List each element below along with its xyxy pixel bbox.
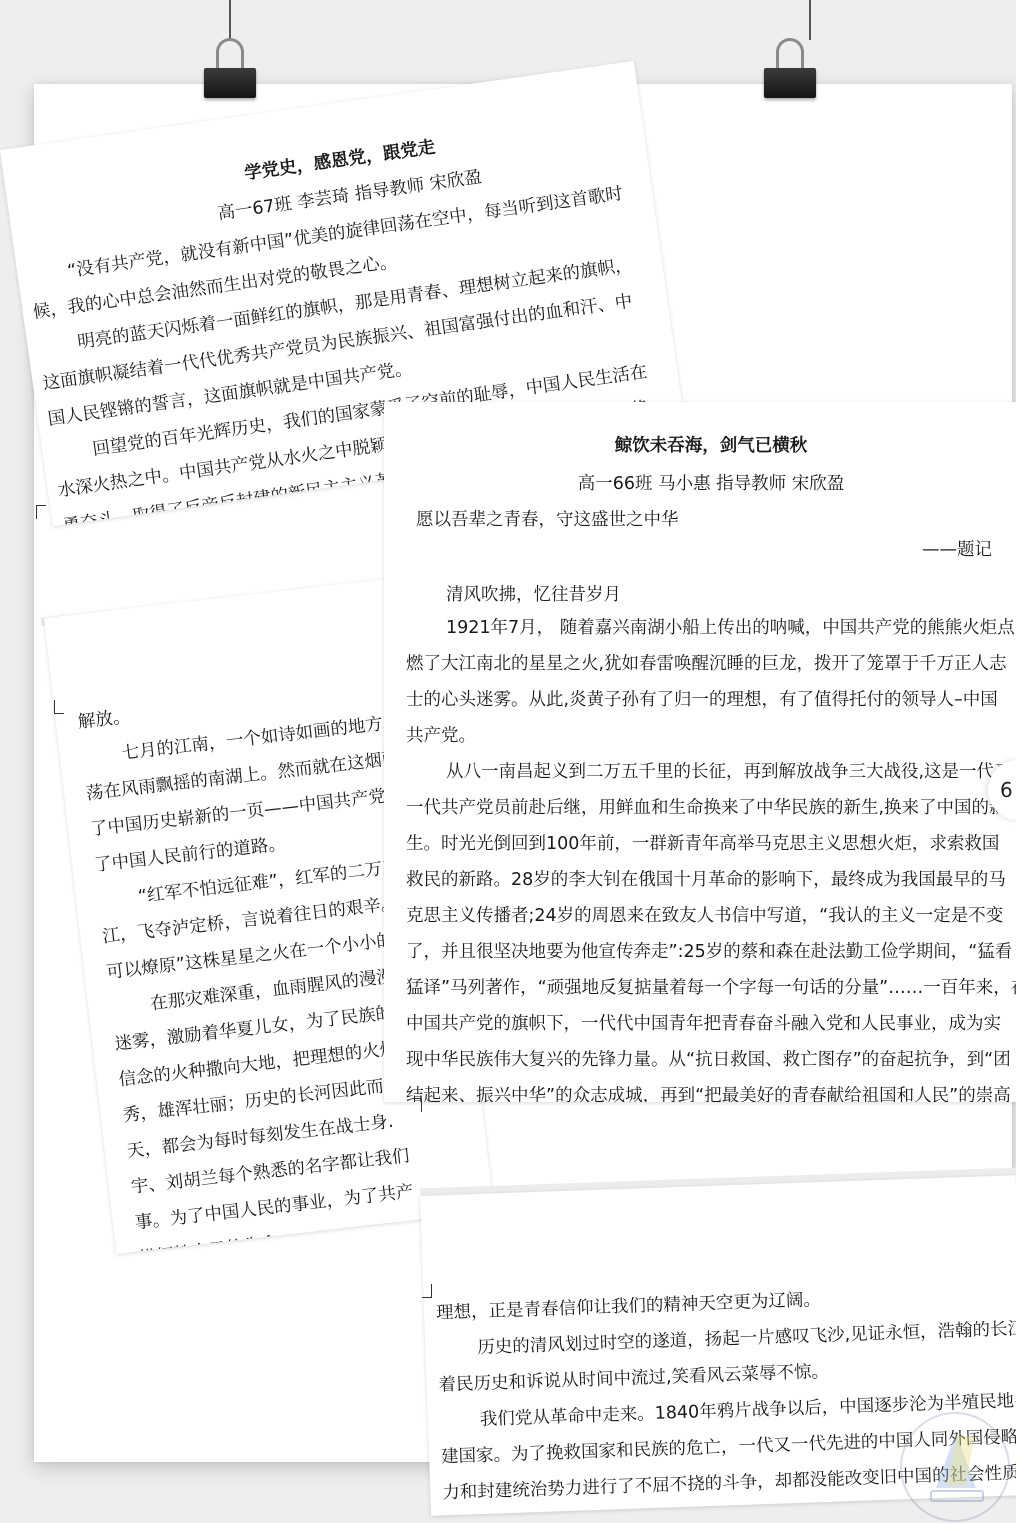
essay2-byline: 高一66班 马小惠 指导教师 宋欣盈 [406,466,1016,502]
essay2-epigraph: 愿以吾辈之青春，守这盛世之中华 [406,502,1016,538]
essay2-line: 结起来、振兴中华”的众志成城，再到“把最美好的青春献给祖国和人民”的崇高 [406,1078,1016,1102]
essay2-line: 士的心头迷雾。从此,炎黄子孙有了归一的理想，有了值得托付的领导人–中国 [406,682,1016,718]
essay2-line: 一代共产党员前赴后继，用鲜血和生命换来了中华民族的新生,换来了中国的新 [406,790,1016,826]
hanging-string-right [809,0,811,40]
essay2-line: 现中华民族伟大复兴的先锋力量。从“抗日救国、救亡图存”的奋起抗争，到“团 [406,1042,1016,1078]
essay2-line: 清风吹拂，忆往昔岁月 [406,580,1016,610]
binder-clip-icon [762,38,818,98]
essay2-epigraph-attribution: ——题记 [406,538,1016,562]
essay2-line: 了，并且很坚决地要为他宣传奔走”:25岁的蔡和森在赴法勤工俭学期间，“猛看 [406,934,1016,970]
hanging-string-left [229,0,231,40]
essay2-title: 鲸饮未吞海，剑气已横秋 [406,428,1016,464]
crop-mark [422,1284,432,1298]
crop-mark [54,700,64,714]
essay2-line: 克思主义传播者;24岁的周恩来在致友人书信中写道，“我认的主义一定是不变 [406,898,1016,934]
essay-sheet-2: 鲸饮未吞海，剑气已横秋 高一66班 马小惠 指导教师 宋欣盈 愿以吾辈之青春，守… [384,402,1016,1102]
crop-mark [412,1098,422,1112]
essay2-line: 救民的新路。28岁的李大钊在俄国十月革命的影响下，最终成为我国最早的马 [406,862,1016,898]
essay2-line: 生。时光光倒回到100年前，一群新青年高举马克思主义思想火炬，求索救国 [406,826,1016,862]
binder-clip-icon [202,38,258,98]
essay2-line: 中国共产党的旗帜下，一代代中国青年把青春奋斗融入党和人民事业，成为实 [406,1006,1016,1042]
essay2-line: 从八一南昌起义到二万五千里的长征，再到解放战争三大战役,这是一代又 [406,754,1016,790]
school-seal-watermark-icon [900,1412,1010,1522]
essay2-line: 猛译”马列著作，“顽强地反复掂量着每一个字每一句话的分量”……一百年来，在 [406,970,1016,1006]
essay2-line: 燃了大江南北的星星之火,犹如春雷唤醒沉睡的巨龙，拨开了笼罩于千万正人志 [406,646,1016,682]
essay2-line: 1921年7月， 随着嘉兴南湖小船上传出的呐喊，中国共产党的熊熊火炬点 [406,610,1016,646]
crop-mark [36,505,46,519]
essay2-line: 共产党。 [406,718,1016,754]
